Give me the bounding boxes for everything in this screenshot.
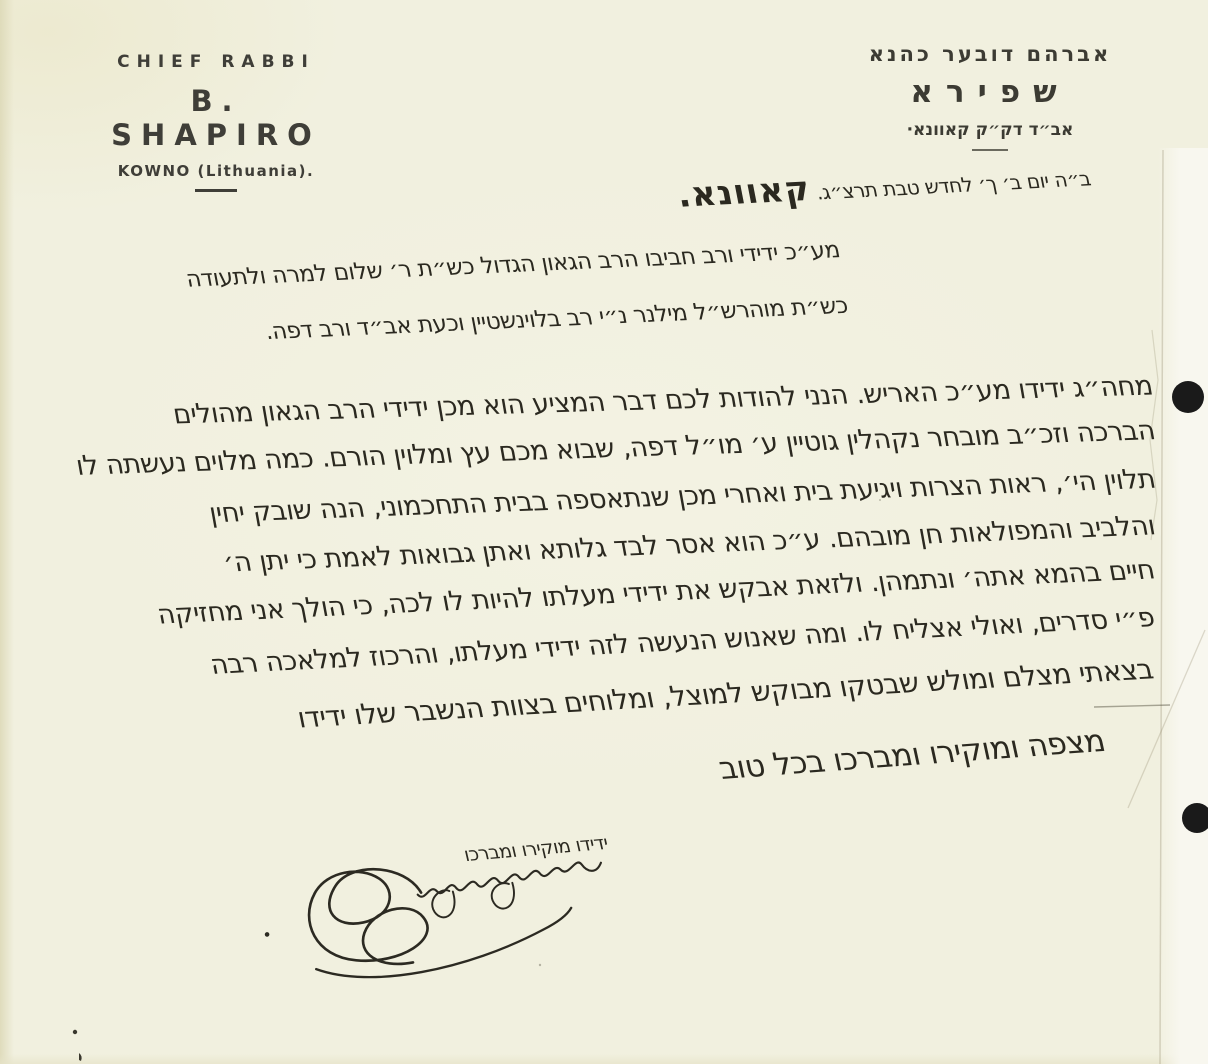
salutation-text-2: כש״ת מוהרש״ל מילנר נ״י רב בלוינשטיין וכע… [263,293,850,345]
handwritten-salutation-line-2: כש״ת מוהרש״ל מילנר נ״י רב בלוינשטיין וכע… [265,293,848,345]
signature-loop-descender-1 [491,882,516,909]
paper-left-edge [0,0,14,1064]
ink-speck [73,1030,77,1034]
signature-underline-tail [313,908,576,983]
letterhead-name-he: אברהם דובער כהנא [828,42,1152,66]
letterhead-rule-he [972,149,1008,151]
salutation-text-1: מע״כ ידידי ורב חביבו הרב הגאון הגדול כש״… [184,237,842,292]
letterhead-hebrew: אברהם דובער כהנא שפירא אב״ד דק״ק קאוונא· [828,42,1152,151]
letterhead-surname-he: שפירא [828,74,1152,110]
letterhead-english: CHIEF RABBI B. SHAPIRO KOWNO (Lithuania)… [90,52,342,192]
body-text-8: מצפה ומוקירו ומברכו בכל טוב [716,723,1109,787]
letterhead-city-en: KOWNO (Lithuania). [90,162,342,180]
punch-hole-dot-top [1172,381,1204,413]
letterhead-name-en: B. SHAPIRO [90,84,342,152]
handwritten-dateline: ב״ה יום ב׳ ך׳ לחדש טבת תרצ״ג. קאוונא. [676,154,1091,216]
scanned-letter: CHIEF RABBI B. SHAPIRO KOWNO (Lithuania)… [0,0,1208,1064]
dateline-date: ב״ה יום ב׳ ך׳ לחדש טבת תרצ״ג. [814,166,1093,204]
handwritten-salutation-line-1: מע״כ ידידי ורב חביבו הרב הגאון הגדול כש״… [186,237,840,293]
signature-leading-dot [265,932,270,937]
letterhead-title-he: אב״ד דק״ק קאוונא· [828,120,1152,140]
punch-hole-dot-bottom [1182,803,1208,833]
letterhead-rule-en [195,189,237,192]
dateline-place: קאוונא. [673,169,814,216]
backing-sheet-strip [1158,148,1208,1064]
letterhead-title-en: CHIEF RABBI [90,52,342,72]
signature-name-scrawl [416,861,602,898]
signature-flourish [219,817,650,1003]
paper-bottom-edge [0,1054,1208,1064]
signature-big-flourish [305,865,430,972]
handwritten-body-line-8: מצפה ומוקירו ומברכו בכל טוב [718,723,1106,787]
signature-loop-descender-2 [431,890,456,919]
